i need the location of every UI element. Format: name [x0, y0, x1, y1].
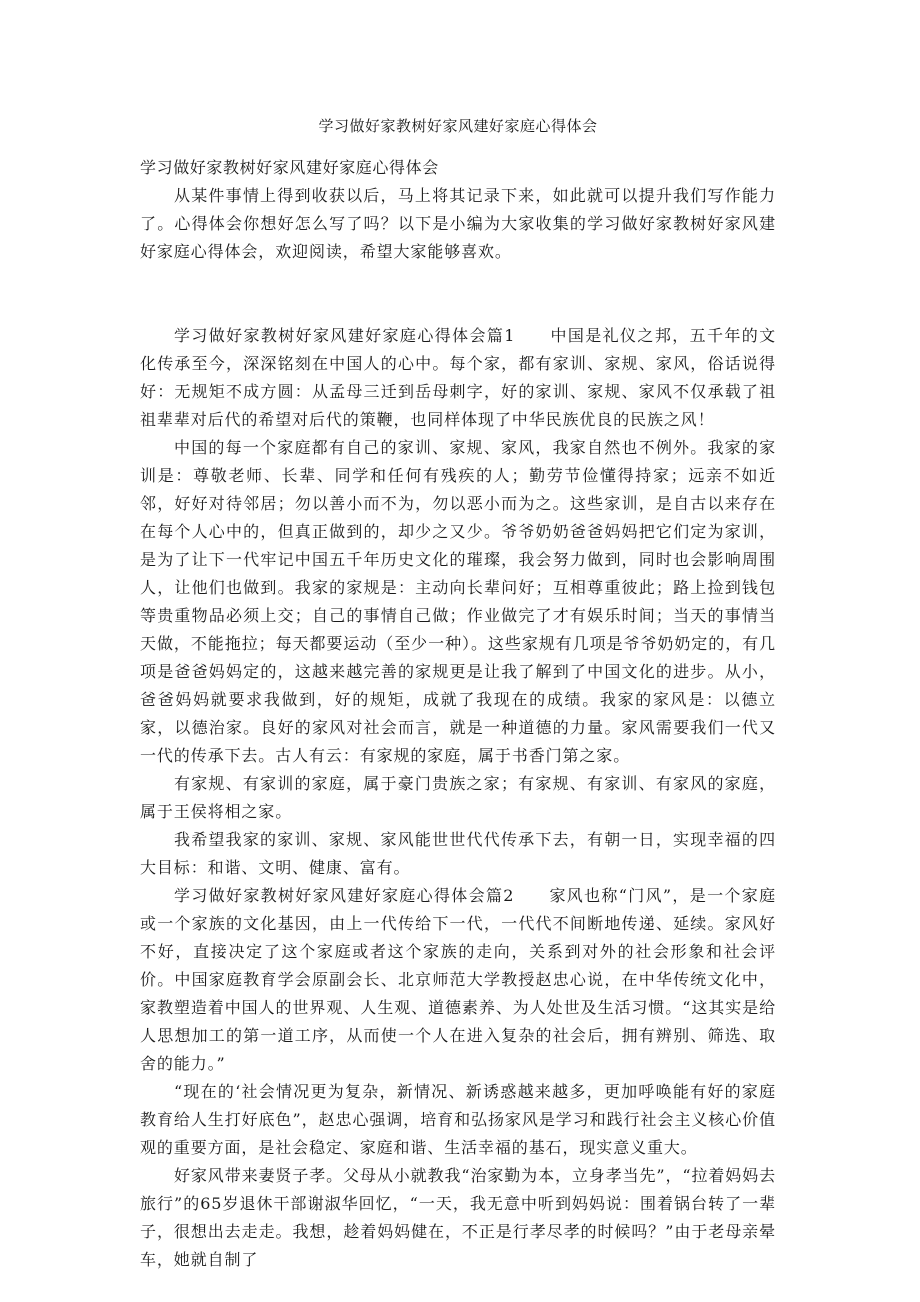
paragraph-quote-zhao: “现在的‘社会情况更为复杂，新情况、新诱惑越来越多，更加呼唤能有好的家庭教育给人…	[140, 1078, 776, 1162]
paragraph-essay-1-opening: 学习做好家教树好家风建好家庭心得体会篇1 中国是礼仪之邦，五千年的文化传承至今，…	[140, 322, 776, 434]
paragraph-noble-families: 有家规、有家训的家庭，属于豪门贵族之家；有家规、有家训、有家风的家庭，属于王侯将…	[140, 770, 776, 826]
blank-line	[140, 294, 776, 322]
paragraph-filial-piety: 好家风带来妻贤子孝。父母从小就教我“治家勤为本，立身孝当先”，“拉着妈妈去旅行”…	[140, 1162, 776, 1274]
paragraph-essay-2-opening: 学习做好家教树好家风建好家庭心得体会篇2 家风也称“门风”，是一个家庭或一个家族…	[140, 882, 776, 1078]
paragraph-hope: 我希望我家的家训、家规、家风能世世代代传承下去，有朝一日，实现幸福的四大目标：和…	[140, 826, 776, 882]
paragraph-family-rules: 中国的每一个家庭都有自己的家训、家规、家风，我家自然也不例外。我家的家训是：尊敬…	[140, 434, 776, 770]
document-page: 学习做好家教树好家风建好家庭心得体会 学习做好家教树好家风建好家庭心得体会 从某…	[140, 112, 776, 1274]
document-subtitle: 学习做好家教树好家风建好家庭心得体会	[140, 154, 776, 182]
document-title: 学习做好家教树好家风建好家庭心得体会	[140, 112, 776, 140]
blank-line	[140, 266, 776, 294]
intro-paragraph: 从某件事情上得到收获以后，马上将其记录下来，如此就可以提升我们写作能力了。心得体…	[140, 182, 776, 266]
